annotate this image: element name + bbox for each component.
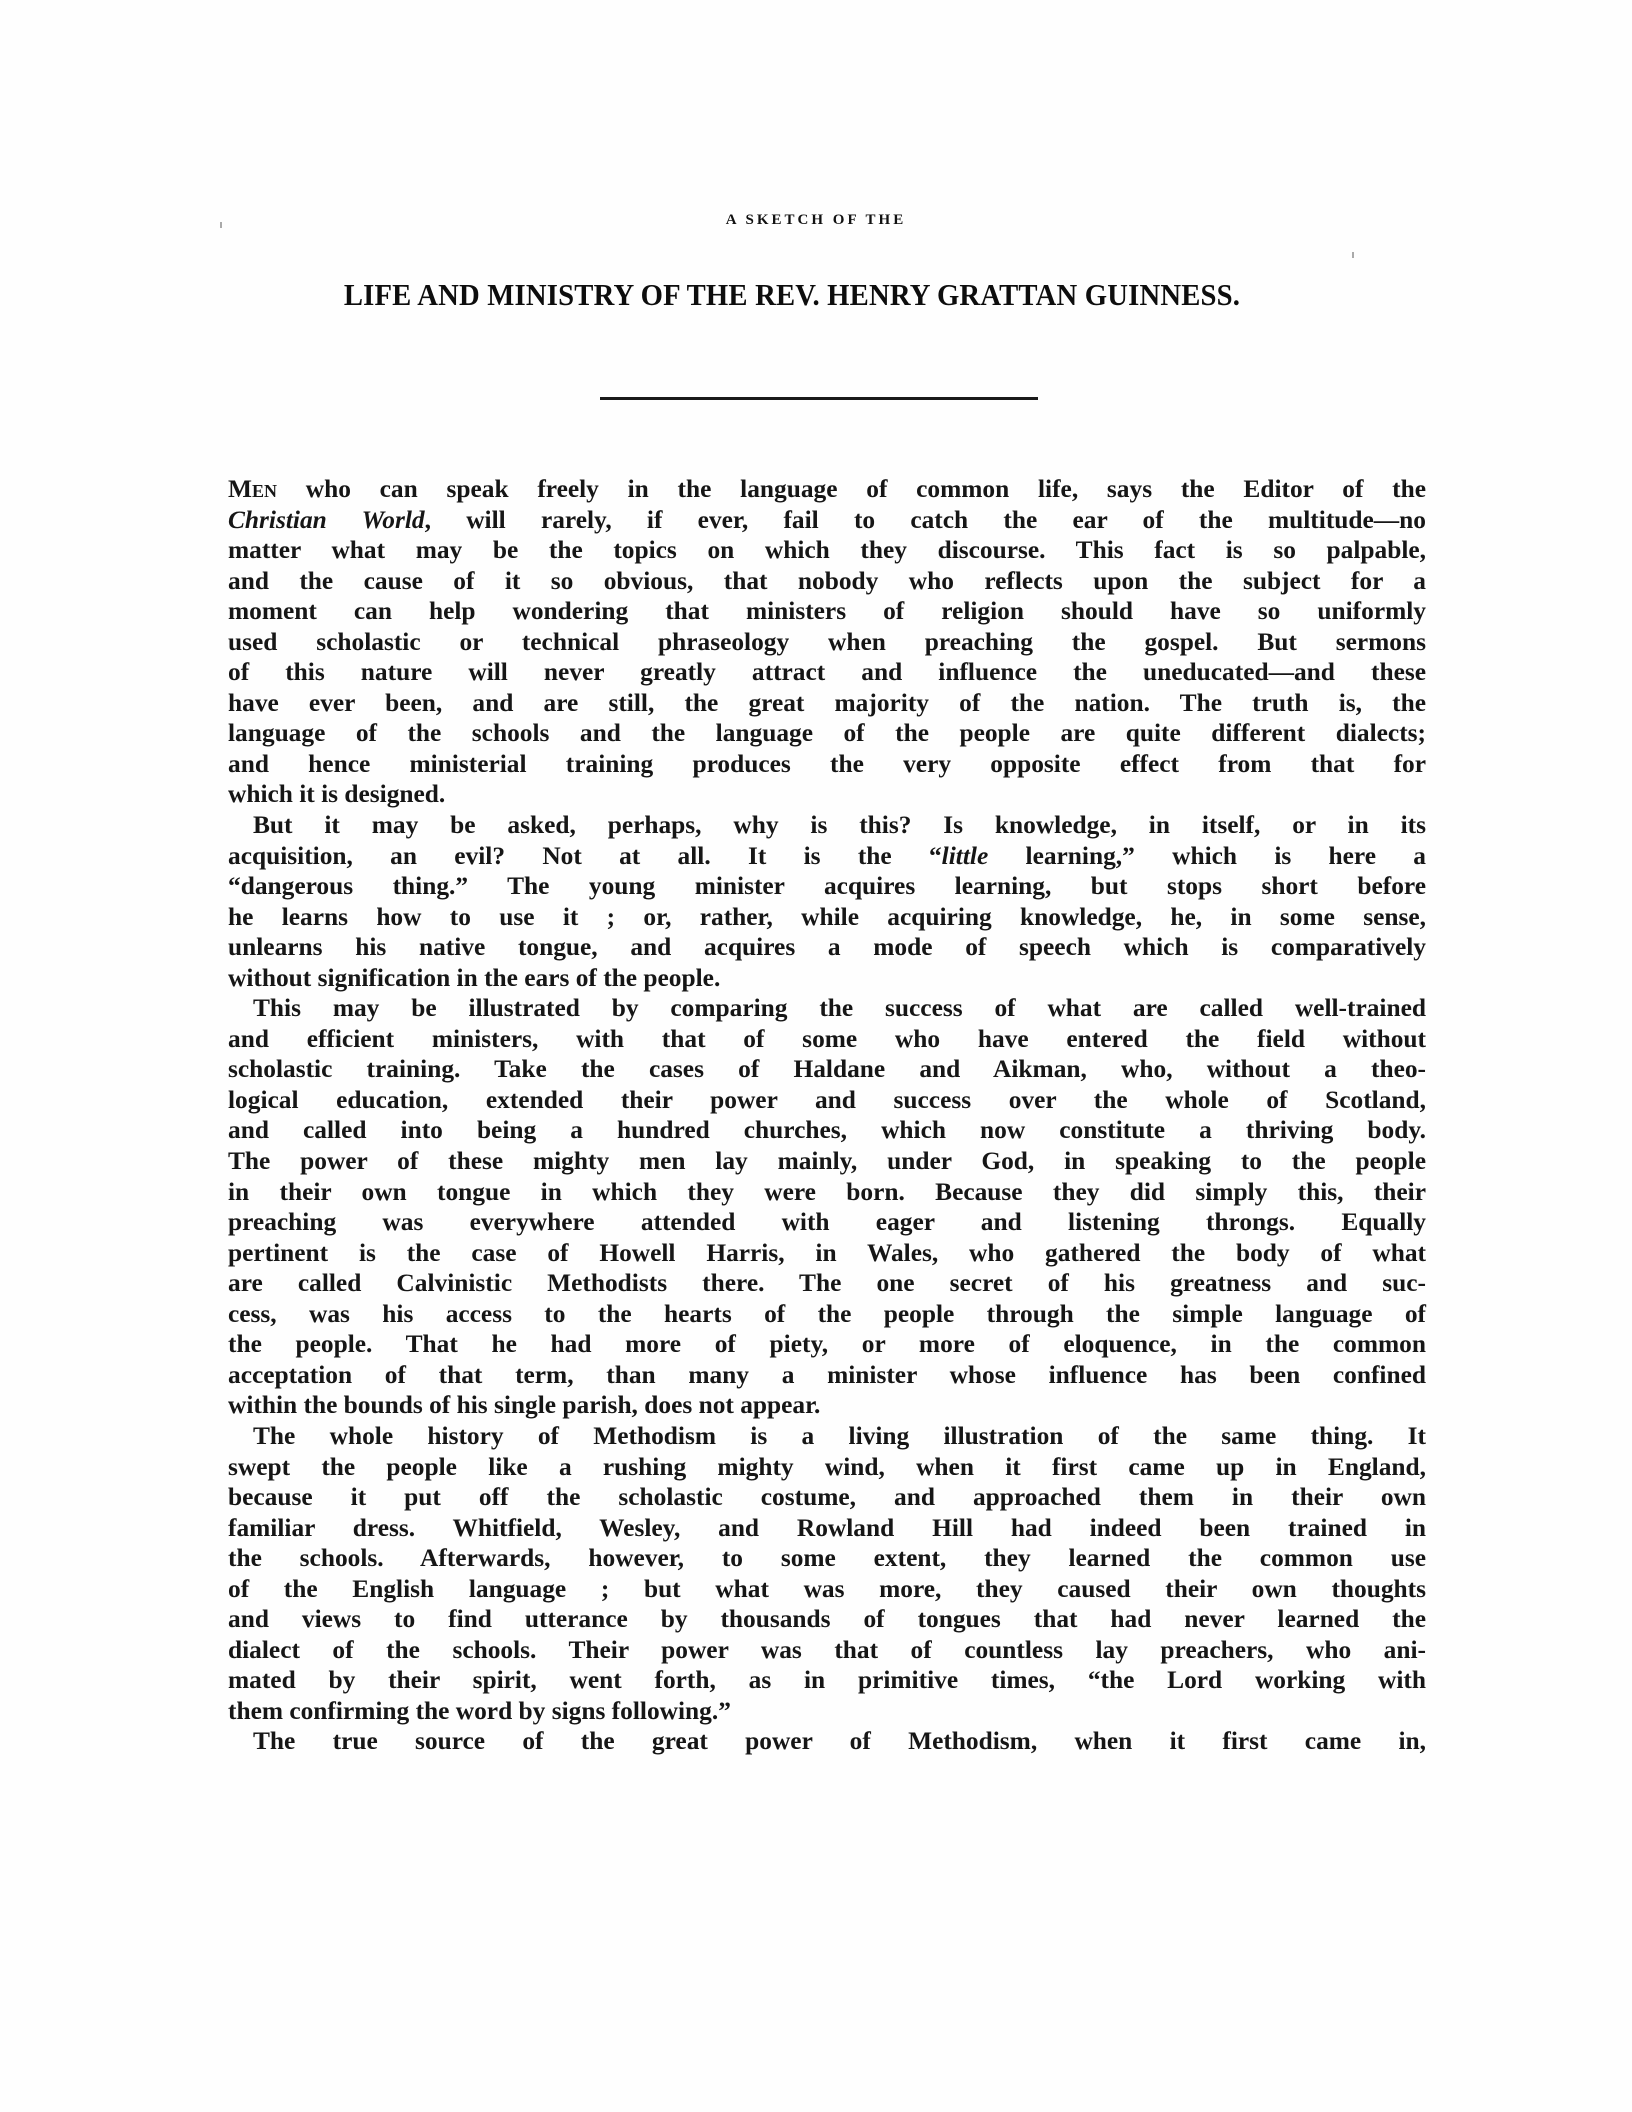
text-run: acquisition, an evil? Not at all. It is … — [228, 842, 942, 870]
text-run: But it may be asked, perhaps, why is thi… — [253, 811, 1426, 839]
article-body: Men who can speak freely in the language… — [228, 474, 1426, 1757]
text-line: cess, was his access to the hearts of th… — [228, 1299, 1426, 1330]
text-run: them confirming the word by signs follow… — [228, 1697, 731, 1725]
text-line: This may be illustrated by comparing the… — [228, 993, 1426, 1024]
text-run: which it is designed. — [228, 780, 445, 808]
text-line: Christian World, will rarely, if ever, f… — [228, 505, 1426, 536]
text-line: But it may be asked, perhaps, why is thi… — [228, 810, 1426, 841]
text-run: moment can help wondering that ministers… — [228, 597, 1426, 625]
text-line: swept the people like a rushing mighty w… — [228, 1452, 1426, 1483]
text-run: swept the people like a rushing mighty w… — [228, 1453, 1426, 1481]
text-run: pertinent is the case of Howell Harris, … — [228, 1239, 1426, 1267]
text-line: logical education, extended their power … — [228, 1085, 1426, 1116]
text-run: “dangerous thing.” The young minister ac… — [228, 872, 1426, 900]
text-line: The whole history of Methodism is a livi… — [228, 1421, 1426, 1452]
text-line: preaching was everywhere attended with e… — [228, 1207, 1426, 1238]
text-line: “dangerous thing.” The young minister ac… — [228, 871, 1426, 902]
paragraph: Men who can speak freely in the language… — [228, 474, 1426, 810]
text-run: used scholastic or technical phraseology… — [228, 628, 1426, 656]
text-line: and called into being a hundred churches… — [228, 1115, 1426, 1146]
text-line: matter what may be the topics on which t… — [228, 535, 1426, 566]
text-line: used scholastic or technical phraseology… — [228, 627, 1426, 658]
text-line: unlearns his native tongue, and acquires… — [228, 932, 1426, 963]
text-run: are called Calvinistic Methodists there.… — [228, 1269, 1426, 1297]
text-line: are called Calvinistic Methodists there.… — [228, 1268, 1426, 1299]
text-run: who can speak freely in the language of … — [277, 475, 1426, 503]
text-line: The power of these mighty men lay mainly… — [228, 1146, 1426, 1177]
text-line: which it is designed. — [228, 779, 1426, 810]
text-line: and the cause of it so obvious, that nob… — [228, 566, 1426, 597]
scan-speck — [1352, 252, 1354, 258]
text-run: without signification in the ears of the… — [228, 964, 720, 992]
text-line: the schools. Afterwards, however, to som… — [228, 1543, 1426, 1574]
text-line: familiar dress. Whitfield, Wesley, and R… — [228, 1513, 1426, 1544]
paragraph: The true source of the great power of Me… — [228, 1726, 1426, 1757]
text-line: moment can help wondering that ministers… — [228, 596, 1426, 627]
title-divider-rule — [600, 397, 1038, 400]
text-line: of this nature will never greatly attrac… — [228, 657, 1426, 688]
text-run: , will rarely, if ever, fail to catch th… — [425, 506, 1426, 534]
kicker-heading: A SKETCH OF THE — [0, 212, 1632, 228]
text-line: them confirming the word by signs follow… — [228, 1696, 1426, 1727]
italic-text: Christian World — [228, 506, 425, 534]
paragraph: But it may be asked, perhaps, why is thi… — [228, 810, 1426, 993]
text-line: and views to find utterance by thousands… — [228, 1604, 1426, 1635]
opening-small-caps: Men — [228, 475, 277, 503]
text-line: the people. That he had more of piety, o… — [228, 1329, 1426, 1360]
text-line: of the English language ; but what was m… — [228, 1574, 1426, 1605]
text-line: acceptation of that term, than many a mi… — [228, 1360, 1426, 1391]
text-line: language of the schools and the language… — [228, 718, 1426, 749]
text-run: unlearns his native tongue, and acquires… — [228, 933, 1426, 961]
text-run: the people. That he had more of piety, o… — [228, 1330, 1426, 1358]
text-run: have ever been, and are still, the great… — [228, 689, 1426, 717]
text-line: have ever been, and are still, the great… — [228, 688, 1426, 719]
text-line: because it put off the scholastic costum… — [228, 1482, 1426, 1513]
text-line: dialect of the schools. Their power was … — [228, 1635, 1426, 1666]
text-line: and efficient ministers, with that of so… — [228, 1024, 1426, 1055]
text-run: logical education, extended their power … — [228, 1086, 1426, 1114]
text-run: This may be illustrated by comparing the… — [253, 994, 1426, 1022]
text-run: The true source of the great power of Me… — [253, 1727, 1426, 1755]
text-run: mated by their spirit, went forth, as in… — [228, 1666, 1426, 1694]
text-line: mated by their spirit, went forth, as in… — [228, 1665, 1426, 1696]
text-line: in their own tongue in which they were b… — [228, 1177, 1426, 1208]
text-run: cess, was his access to the hearts of th… — [228, 1300, 1426, 1328]
text-run: and the cause of it so obvious, that nob… — [228, 567, 1426, 595]
text-line: within the bounds of his single parish, … — [228, 1390, 1426, 1421]
text-run: scholastic training. Take the cases of H… — [228, 1055, 1426, 1083]
scanned-page: A SKETCH OF THE LIFE AND MINISTRY OF THE… — [0, 0, 1632, 2112]
text-line: Men who can speak freely in the language… — [228, 474, 1426, 505]
text-run: and hence ministerial training produces … — [228, 750, 1426, 778]
text-run: in their own tongue in which they were b… — [228, 1178, 1426, 1206]
text-run: learning,” which is here a — [988, 842, 1426, 870]
text-run: matter what may be the topics on which t… — [228, 536, 1426, 564]
text-run: the schools. Afterwards, however, to som… — [228, 1544, 1426, 1572]
text-run: language of the schools and the language… — [228, 719, 1426, 747]
italic-text: little — [942, 842, 989, 870]
text-line: pertinent is the case of Howell Harris, … — [228, 1238, 1426, 1269]
text-run: and called into being a hundred churches… — [228, 1116, 1426, 1144]
text-run: and efficient ministers, with that of so… — [228, 1025, 1426, 1053]
text-run: of this nature will never greatly attrac… — [228, 658, 1426, 686]
text-line: and hence ministerial training produces … — [228, 749, 1426, 780]
text-run: because it put off the scholastic costum… — [228, 1483, 1426, 1511]
paragraph: The whole history of Methodism is a livi… — [228, 1421, 1426, 1726]
text-run: The whole history of Methodism is a livi… — [253, 1422, 1426, 1450]
text-line: he learns how to use it ; or, rather, wh… — [228, 902, 1426, 933]
text-run: and views to find utterance by thousands… — [228, 1605, 1426, 1633]
text-run: of the English language ; but what was m… — [228, 1575, 1426, 1603]
text-run: preaching was everywhere attended with e… — [228, 1208, 1426, 1236]
text-line: without signification in the ears of the… — [228, 963, 1426, 994]
text-line: scholastic training. Take the cases of H… — [228, 1054, 1426, 1085]
text-line: The true source of the great power of Me… — [228, 1726, 1426, 1757]
text-run: within the bounds of his single parish, … — [228, 1391, 820, 1419]
text-run: The power of these mighty men lay mainly… — [228, 1147, 1426, 1175]
text-run: dialect of the schools. Their power was … — [228, 1636, 1426, 1664]
text-run: familiar dress. Whitfield, Wesley, and R… — [228, 1514, 1426, 1542]
text-run: he learns how to use it ; or, rather, wh… — [228, 903, 1426, 931]
page-title: LIFE AND MINISTRY OF THE REV. HENRY GRAT… — [228, 278, 1356, 313]
text-line: acquisition, an evil? Not at all. It is … — [228, 841, 1426, 872]
paragraph: This may be illustrated by comparing the… — [228, 993, 1426, 1421]
text-run: acceptation of that term, than many a mi… — [228, 1361, 1426, 1389]
